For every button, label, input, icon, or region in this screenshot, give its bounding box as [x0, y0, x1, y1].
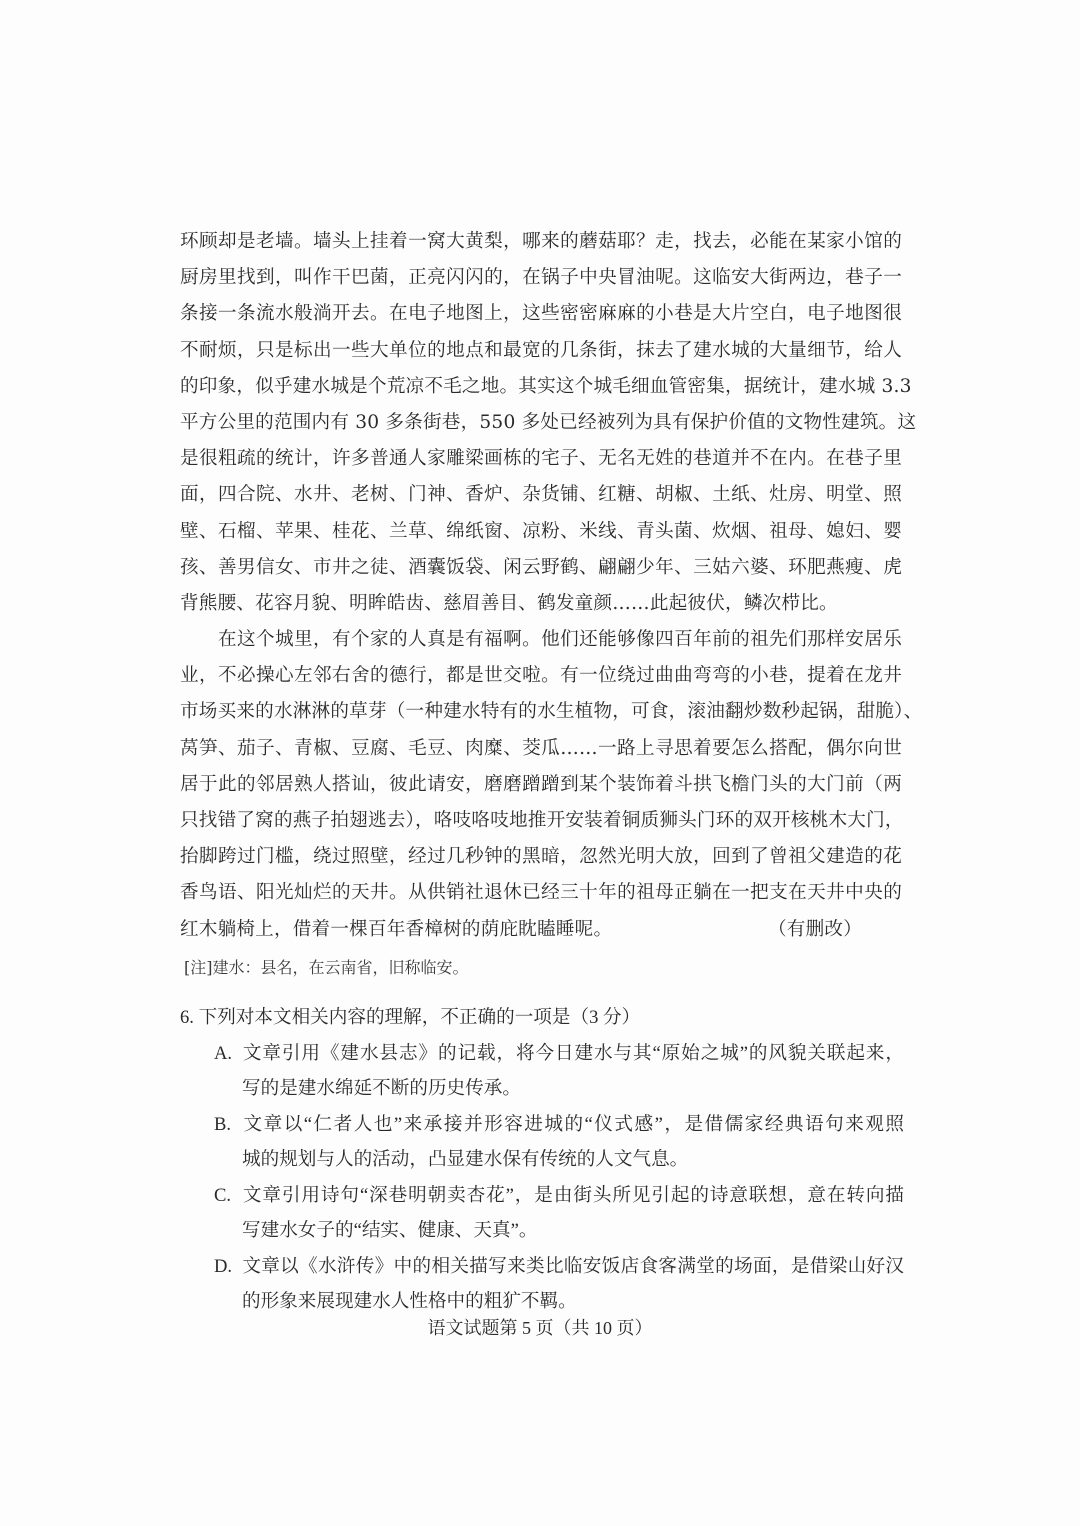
passage-line: 业，不必操心左邻右舍的德行，都是世交啦。有一位绕过曲曲弯弯的小巷，提着在龙井 [180, 658, 902, 694]
page-footer: 语文试题第 5 页（共 10 页） [0, 1313, 1080, 1343]
passage-line: 抬脚跨过门槛，绕过照壁，经过几秒钟的黑暗，忽然光明大放，回到了曾祖父建造的花 [180, 839, 902, 875]
source-note: （有删改） [768, 912, 902, 948]
option-first-line: A.文章引用《建水县志》的记载，将今日建水与其“原始之城”的风貌关联起来， [214, 1036, 904, 1072]
passage-line: 红木躺椅上，借着一棵百年香樟树的荫庇眈瞌睡呢。 [180, 912, 612, 948]
option-letter: A. [214, 1036, 242, 1072]
passage-line: 市场买来的水淋淋的草芽（一种建水特有的水生植物，可食，滚油翻炒数秒起锅，甜脆）、 [180, 694, 902, 730]
question-stem: 6. 下列对本文相关内容的理解，不正确的一项是（3 分） [180, 1000, 902, 1036]
passage-paragraph-2: 在这个城里，有个家的人真是有福啊。他们还能够像四百年前的祖先们那样安居乐 业，不… [180, 622, 902, 948]
option-first-line: D.文章以《水浒传》中的相关描写来类比临安饭店食客满堂的场面，是借梁山好汉 [214, 1249, 904, 1285]
passage-line: 面，四合院、水井、老树、门神、香炉、杂货铺、红糖、胡椒、土纸、灶房、明堂、照 [180, 477, 902, 513]
passage-line: 是很粗疏的统计，许多普通人家雕梁画栋的宅子、无名无姓的巷道并不在内。在巷子里 [180, 441, 902, 477]
passage-line: 香鸟语、阳光灿烂的天井。从供销社退休已经三十年的祖母正躺在一把支在天井中央的 [180, 875, 902, 911]
exam-page-body: 环顾却是老墙。墙头上挂着一窝大黄梨，哪来的蘑菇耶？走，找去，必能在某家小馆的 厨… [180, 224, 902, 1320]
option-letter: C. [214, 1178, 242, 1214]
option-letter: D. [214, 1249, 242, 1285]
option-text: 文章以“仁者人也”来承接并形容进城的“仪式感”，是借儒家经典语句来观照 [242, 1114, 904, 1135]
option-text: 文章引用《建水县志》的记载，将今日建水与其“原始之城”的风貌关联起来， [242, 1043, 904, 1064]
question-6: 6. 下列对本文相关内容的理解，不正确的一项是（3 分） A.文章引用《建水县志… [180, 1000, 902, 1320]
option-text: 写建水女子的“结实、健康、天真”。 [214, 1213, 904, 1249]
annotation-note: [注]建水：县名，在云南省，旧称临安。 [184, 950, 902, 986]
option-text: 文章引用诗句“深巷明朝卖杏花”，是由街头所见引起的诗意联想，意在转向描 [242, 1185, 904, 1206]
option-a: A.文章引用《建水县志》的记载，将今日建水与其“原始之城”的风貌关联起来， 写的… [214, 1036, 904, 1107]
passage-paragraph-1: 环顾却是老墙。墙头上挂着一窝大黄梨，哪来的蘑菇耶？走，找去，必能在某家小馆的 厨… [180, 224, 902, 622]
passage-line: 只找错了窝的燕子拍翅逃去），咯吱咯吱地推开安装着铜质狮头门环的双开核桃木大门， [180, 803, 902, 839]
option-text: 文章以《水浒传》中的相关描写来类比临安饭店食客满堂的场面，是借梁山好汉 [242, 1256, 904, 1277]
passage-line: 环顾却是老墙。墙头上挂着一窝大黄梨，哪来的蘑菇耶？走，找去，必能在某家小馆的 [180, 224, 902, 260]
passage-line: 孩、善男信女、市井之徒、酒囊饭袋、闲云野鹤、翩翩少年、三姑六婆、环肥燕瘦、虎 [180, 550, 902, 586]
passage-line: 平方公里的范围内有 30 多条街巷，550 多处已经被列为具有保护价值的文物性建… [180, 405, 902, 441]
passage-line: 厨房里找到，叫作干巴菌，正亮闪闪的，在锅子中央冒油呢。这临安大街两边，巷子一 [180, 260, 902, 296]
passage-line: 不耐烦，只是标出一些大单位的地点和最宽的几条街，抹去了建水城的大量细节，给人 [180, 333, 902, 369]
option-text: 城的规划与人的活动，凸显建水保有传统的人文气息。 [214, 1142, 904, 1178]
passage-line: 在这个城里，有个家的人真是有福啊。他们还能够像四百年前的祖先们那样安居乐 [180, 622, 902, 658]
passage-last-line: 红木躺椅上，借着一棵百年香樟树的荫庇眈瞌睡呢。 （有删改） [180, 912, 902, 948]
option-first-line: B.文章以“仁者人也”来承接并形容进城的“仪式感”，是借儒家经典语句来观照 [214, 1107, 904, 1143]
passage-line: 背熊腰、花容月貌、明眸皓齿、慈眉善目、鹤发童颜……此起彼伏，鳞次栉比。 [180, 586, 902, 622]
option-b: B.文章以“仁者人也”来承接并形容进城的“仪式感”，是借儒家经典语句来观照 城的… [214, 1107, 904, 1178]
option-letter: B. [214, 1107, 242, 1143]
option-c: C.文章引用诗句“深巷明朝卖杏花”，是由街头所见引起的诗意联想，意在转向描 写建… [214, 1178, 904, 1249]
option-d: D.文章以《水浒传》中的相关描写来类比临安饭店食客满堂的场面，是借梁山好汉 的形… [214, 1249, 904, 1320]
passage-line: 的印象，似乎建水城是个荒凉不毛之地。其实这个城毛细血管密集，据统计，建水城 3.… [180, 369, 902, 405]
passage-line: 莴笋、茄子、青椒、豆腐、毛豆、肉糜、茭瓜……一路上寻思着要怎么搭配，偶尔向世 [180, 731, 902, 767]
passage-line: 居于此的邻居熟人搭讪，彼此请安，磨磨蹭蹭到某个装饰着斗拱飞檐门头的大门前（两 [180, 767, 902, 803]
option-text: 写的是建水绵延不断的历史传承。 [214, 1071, 904, 1107]
option-first-line: C.文章引用诗句“深巷明朝卖杏花”，是由街头所见引起的诗意联想，意在转向描 [214, 1178, 904, 1214]
passage-line: 条接一条流水般淌开去。在电子地图上，这些密密麻麻的小巷是大片空白，电子地图很 [180, 296, 902, 332]
passage-line: 壁、石榴、苹果、桂花、兰草、绵纸窗、凉粉、米线、青头菌、炊烟、祖母、媳妇、婴 [180, 514, 902, 550]
